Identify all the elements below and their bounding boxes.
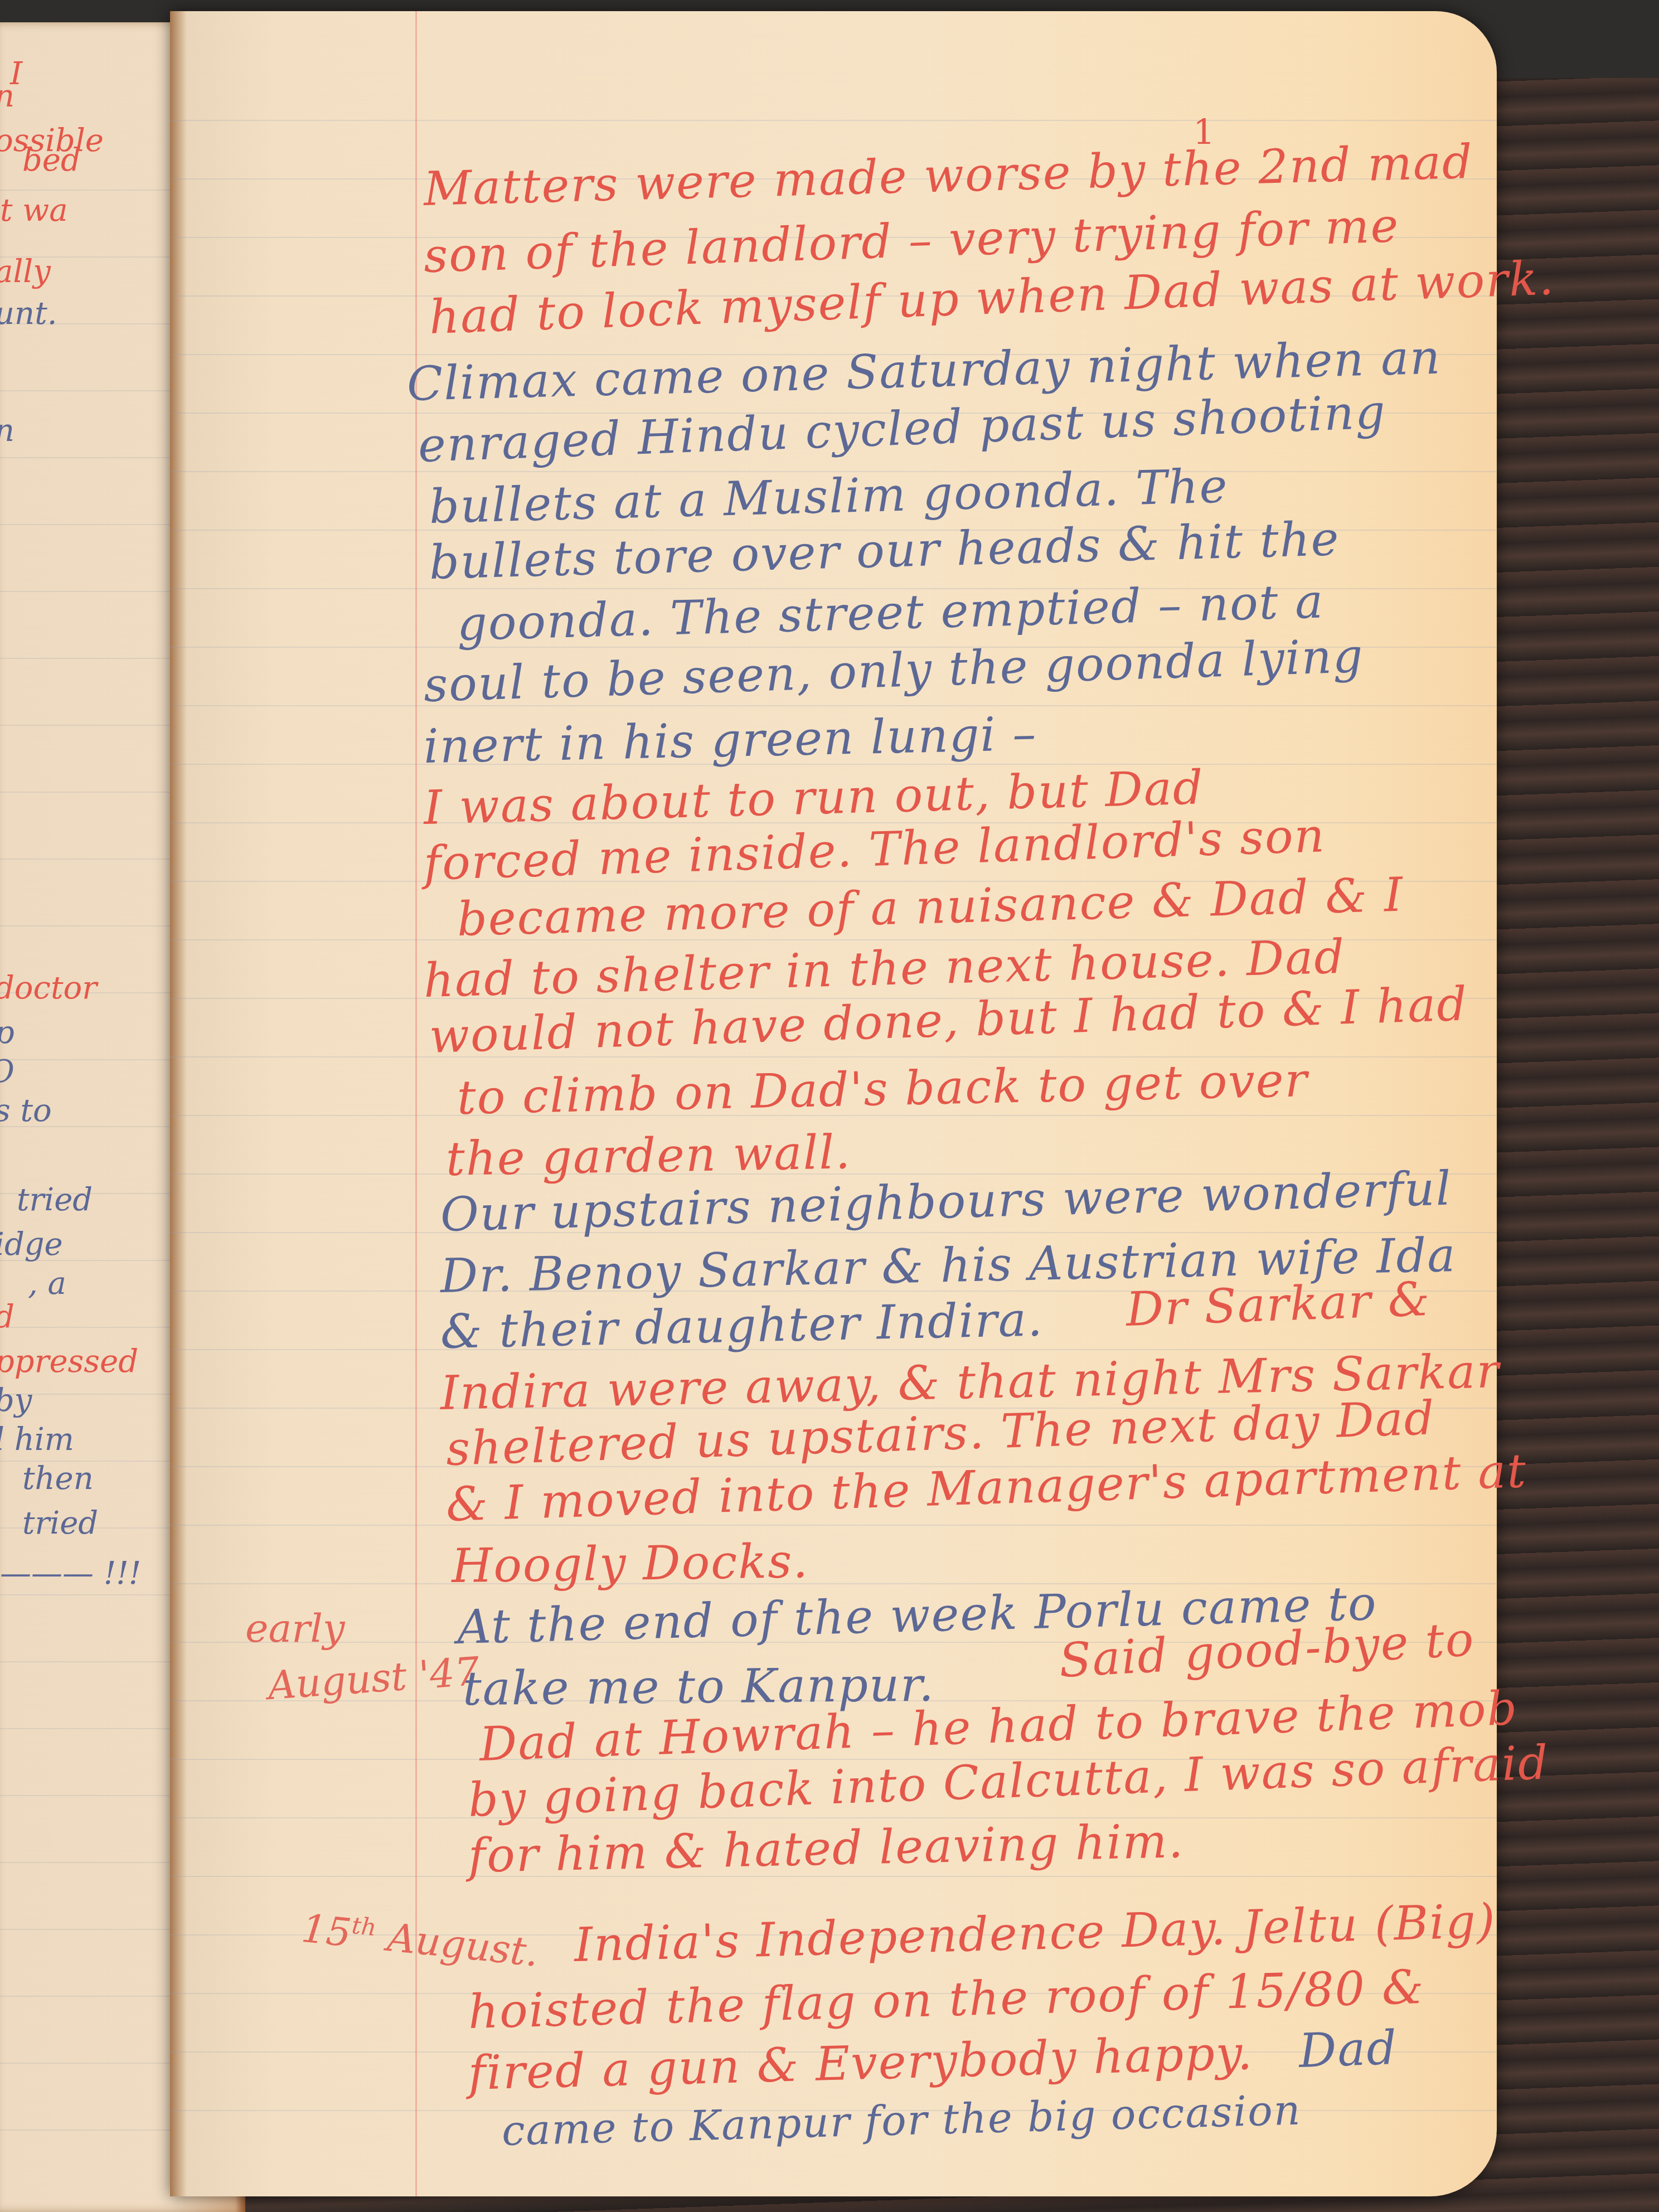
handwritten-line: the garden wall. bbox=[445, 1124, 852, 1186]
left-page-fragment: bed bbox=[22, 142, 81, 178]
left-page-fragment: s to bbox=[0, 1093, 52, 1129]
left-page-fragment: by bbox=[0, 1382, 32, 1419]
handwritten-line: Hoogly Docks. bbox=[451, 1534, 809, 1593]
ruled-line bbox=[170, 705, 1497, 706]
left-page-fragment: n bbox=[0, 78, 14, 114]
left-page-fragment: tried bbox=[17, 1182, 93, 1218]
left-page-fragment: , a bbox=[28, 1265, 66, 1302]
ruled-line bbox=[170, 120, 1497, 121]
handwritten-line-continuation: Dr Sarkar & bbox=[1125, 1272, 1432, 1337]
left-page-fragment: l him bbox=[0, 1422, 74, 1458]
left-page-fragment: ppressed bbox=[0, 1343, 138, 1380]
ruled-line bbox=[170, 1525, 1497, 1526]
ruled-line bbox=[170, 1817, 1497, 1818]
left-page-fragment: t wa bbox=[0, 192, 68, 229]
margin-date-day: 15 bbox=[299, 1905, 353, 1956]
left-page-fragment: O bbox=[0, 1054, 14, 1090]
left-page-fragment: unt. bbox=[0, 295, 57, 332]
left-page-fragment: then bbox=[22, 1461, 94, 1497]
left-page-fragment: ——— !!! bbox=[0, 1555, 141, 1592]
handwritten-line-continuation: Dad bbox=[1298, 2020, 1399, 2078]
margin-date-ordinal: th bbox=[351, 1912, 378, 1941]
left-page-fragment: ally bbox=[0, 254, 51, 290]
left-page-fragment: p bbox=[0, 1015, 14, 1051]
margin-rule bbox=[415, 11, 417, 2196]
left-page-fragment: n bbox=[0, 413, 14, 449]
left-page-fragment: idge bbox=[0, 1226, 63, 1263]
left-page-fragment: d bbox=[0, 1299, 14, 1335]
binding-edge bbox=[170, 11, 187, 2196]
left-page-fragment: doctor bbox=[0, 970, 97, 1006]
left-page-fragment: tried bbox=[22, 1505, 98, 1541]
ruled-line bbox=[170, 1876, 1497, 1877]
margin-date-early: early bbox=[245, 1605, 345, 1651]
